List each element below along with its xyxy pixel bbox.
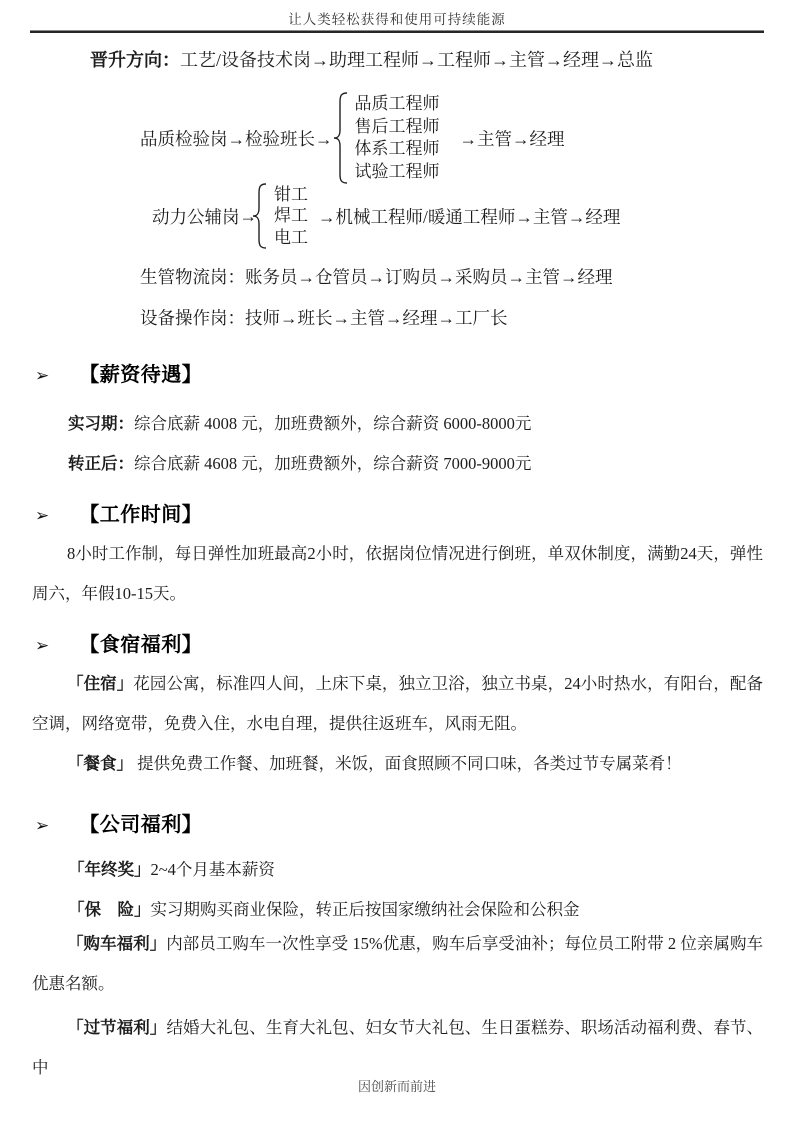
quality-branch-list: 品质工程师 售后工程师 体系工程师 试验工程师 — [355, 93, 440, 183]
promotion-direction-line: 晋升方向：工艺/设备技术岗→助理工程师→工程师→主管→经理→总监 — [90, 46, 653, 72]
car-benefit-paragraph: 「购车福利」内部员工购车一次性享受 15%优惠，购车后享受油补；每位员工附带 2… — [32, 924, 763, 1004]
annual-bonus-label: 「年终奖」 — [68, 860, 151, 879]
heading-salary: 【薪资待遇】 — [79, 358, 202, 387]
power-branch: 电工 — [274, 227, 308, 249]
section-heading-boarding: ➢ 【食宿福利】 — [35, 628, 202, 657]
arrowhead-bullet-icon: ➢ — [35, 366, 49, 386]
arrowhead-bullet-icon: ➢ — [35, 506, 49, 526]
quality-branch: 售后工程师 — [355, 116, 440, 139]
power-branch: 焊工 — [274, 205, 308, 227]
meal-text: 提供免费工作餐、加班餐，米饭，面食照顾不同口味，各类过节专属菜肴！ — [133, 754, 682, 773]
section-heading-worktime: ➢ 【工作时间】 — [35, 498, 202, 527]
car-benefit-label: 「购车福利」 — [67, 934, 166, 953]
left-brace-icon — [252, 183, 268, 249]
heading-company: 【公司福利】 — [79, 808, 202, 837]
salary-line-regular: 转正后：综合底薪 4608 元，加班费额外，综合薪资 7000-9000元 — [68, 450, 531, 474]
flow-logistics: 生管物流岗：账务员→仓管员→订购员→采购员→主管→经理 — [140, 264, 613, 289]
left-brace-icon — [333, 92, 349, 184]
salary-intern-label: 实习期： — [68, 414, 134, 433]
header-divider — [30, 30, 764, 33]
section-heading-salary: ➢ 【薪资待遇】 — [35, 358, 202, 387]
flow-quality-inspection: 品质检验岗→检验班长→ 品质工程师 售后工程师 体系工程师 试验工程师 →主管→… — [140, 92, 565, 184]
lodging-text: 花园公寓，标准四人间，上床下桌，独立卫浴，独立书桌，24小时热水，有阳台，配备空… — [32, 674, 763, 733]
quality-branch: 体系工程师 — [355, 138, 440, 161]
arrowhead-bullet-icon: ➢ — [35, 636, 49, 656]
power-branch-list: 钳工 焊工 电工 — [274, 184, 308, 249]
power-flow-prefix: 动力公辅岗 — [152, 204, 240, 229]
salary-regular-text: 综合底薪 4608 元，加班费额外，综合薪资 7000-9000元 — [134, 454, 531, 473]
quality-branch: 品质工程师 — [355, 93, 440, 116]
flow-equipment-operation: 设备操作岗：技师→班长→主管→经理→工厂长 — [140, 305, 508, 330]
power-branch: 钳工 — [274, 184, 308, 206]
promotion-path-tech: 工艺/设备技术岗→助理工程师→工程师→主管→经理→总监 — [180, 50, 653, 70]
insurance-text: 实习期购买商业保险，转正后按国家缴纳社会保险和公积金 — [151, 900, 580, 919]
footer-slogan: 因创新而前进 — [0, 1076, 794, 1095]
arrowhead-bullet-icon: ➢ — [35, 816, 49, 836]
quality-flow-suffix: →主管→经理 — [460, 126, 565, 151]
festival-benefit-label: 「过节福利」 — [67, 1018, 166, 1037]
meal-label: 「餐食」 — [67, 754, 133, 773]
worktime-paragraph: 8小时工作制，每日弹性加班最高2小时，依据岗位情况进行倒班，单双休制度，满勤24… — [32, 534, 763, 614]
annual-bonus-line: 「年终奖」2~4个月基本薪资 — [68, 856, 275, 880]
header-slogan: 让人类轻松获得和使用可持续能源 — [0, 8, 794, 28]
power-flow-suffix: →机械工程师/暖通工程师→主管→经理 — [318, 204, 620, 229]
heading-worktime: 【工作时间】 — [79, 498, 202, 527]
flow-power-auxiliary: 动力公辅岗 → 钳工 焊工 电工 →机械工程师/暖通工程师→主管→经理 — [152, 183, 620, 249]
quality-branch: 试验工程师 — [355, 161, 440, 184]
section-heading-company: ➢ 【公司福利】 — [35, 808, 202, 837]
lodging-paragraph: 「住宿」花园公寓，标准四人间，上床下桌，独立卫浴，独立书桌，24小时热水，有阳台… — [32, 664, 763, 744]
document-page: 让人类轻松获得和使用可持续能源 晋升方向：工艺/设备技术岗→助理工程师→工程师→… — [0, 0, 794, 1122]
lodging-label: 「住宿」 — [67, 674, 133, 693]
insurance-line: 「保 险」实习期购买商业保险，转正后按国家缴纳社会保险和公积金 — [68, 896, 580, 920]
salary-line-intern: 实习期：综合底薪 4008 元，加班费额外，综合薪资 6000-8000元 — [68, 410, 531, 434]
quality-flow-prefix: 品质检验岗→检验班长→ — [140, 126, 333, 151]
promotion-label: 晋升方向： — [90, 50, 180, 70]
salary-regular-label: 转正后： — [68, 454, 134, 473]
insurance-label: 「保 险」 — [68, 900, 151, 919]
annual-bonus-text: 2~4个月基本薪资 — [151, 860, 275, 879]
salary-intern-text: 综合底薪 4008 元，加班费额外，综合薪资 6000-8000元 — [134, 414, 531, 433]
heading-boarding: 【食宿福利】 — [79, 628, 202, 657]
meal-paragraph: 「餐食」 提供免费工作餐、加班餐，米饭，面食照顾不同口味，各类过节专属菜肴！ — [32, 744, 763, 784]
